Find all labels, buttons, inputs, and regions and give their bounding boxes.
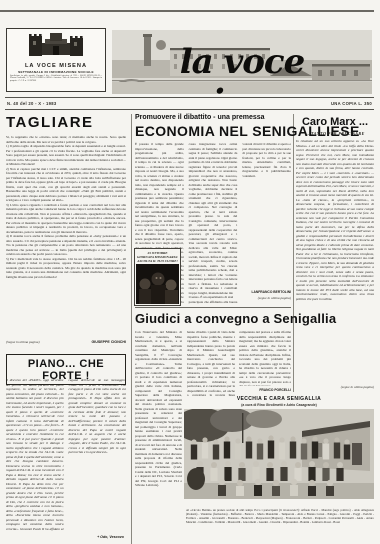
- logo-title: LA VOCE MISENA: [7, 63, 105, 69]
- tagliare-body: Sì, lo sappiamo che le «ricette» sono ta…: [6, 135, 126, 335]
- piano-signature: + Odo, Vescovo: [97, 535, 124, 539]
- caro-marx-body: In relazione ad un suo articolo apparso …: [296, 139, 374, 383]
- economia-kicker: Promuovere il dibattito - una premessa: [135, 114, 265, 121]
- economia-continuation: (segue in ultima pagina): [233, 296, 291, 300]
- issue-number: N. 40 del 20 - X - 1983: [7, 101, 57, 106]
- missionary-photo: [136, 264, 179, 304]
- photo-caption: Al «Circolo Bettini» un pranzo sociale d…: [186, 509, 374, 525]
- giudici-top-rule: [135, 307, 291, 308]
- logo-smallprint: Spedizione in abb. postale Gruppo I bis …: [7, 74, 105, 84]
- top-rule: [0, 10, 374, 12]
- masthead-title: la voce misena: [112, 42, 372, 94]
- caro-marx-subhead: ... TANTO PER PRECISARE: [296, 131, 374, 136]
- group-photo: [184, 409, 374, 499]
- article-caro-marx: Caro Marx ... ... TANTO PER PRECISARE In…: [296, 114, 374, 394]
- giudici-column-1: Con l'intervento del Ministro di Grazia …: [135, 330, 182, 544]
- tagliare-headline: TAGLIARE: [6, 114, 94, 131]
- rocca-fortress-image: [25, 31, 87, 57]
- giudici-column-2: hanno ribadito i punti di vista delle ri…: [187, 330, 235, 396]
- masthead: la voce misena: [112, 30, 372, 94]
- photo-heading: VECCHIA E CARA SENIGALLIA: [184, 396, 374, 402]
- tagliare-signature-row: (Segue in ultima pagina) GIUSEPPE CIONCH…: [6, 340, 126, 344]
- issue-price: UNA COPIA L. 350: [331, 101, 372, 106]
- issue-line: N. 40 del 20 - X - 1983 UNA COPIA L. 350: [5, 97, 374, 110]
- missionary-day-box: 23 OTTOBRE GIORNATA MISSIONARIA: ASCOLTA…: [134, 248, 181, 306]
- logo-subtitle: SETTIMANALE DI INFORMAZIONE SOCIALE: [7, 70, 105, 74]
- logo-box: LA VOCE MISENA SETTIMANALE DI INFORMAZIO…: [6, 28, 106, 92]
- tagliare-continuation: (Segue in ultima pagina): [6, 340, 40, 344]
- missionary-caption-line3: ASCOLTA IL TUO CUORE!: [135, 257, 180, 263]
- caro-marx-headline: Caro Marx ...: [296, 116, 374, 128]
- divider-mid-right: [293, 114, 294, 392]
- tagliare-signature: GIUSEPPE CIONCHI: [91, 340, 126, 344]
- giudici-column-3: competenza del pretore e sulla riforma d…: [239, 330, 291, 386]
- photo-subheading: (a cura di Rino Girolimetti e Adrio Casa…: [184, 403, 374, 407]
- divider-left-mid: [131, 114, 132, 544]
- economia-signature: LANFRANCO BERTOLINI: [233, 290, 291, 294]
- newspaper-front-page: LA VOCE MISENA SETTIMANALE DI INFORMAZIO…: [0, 0, 380, 544]
- vecchia-senigallia-section: VECCHIA E CARA SENIGALLIA (a cura di Rin…: [184, 396, 374, 504]
- giudici-signature: FRANCO PORCELLI: [239, 388, 291, 392]
- article-tagliare: TAGLIARE Sì, lo sappiamo che le «ricette…: [6, 114, 126, 544]
- piano-body: Il discorso del «PIANO» oggi all'ordine …: [6, 378, 126, 534]
- caro-marx-continuation: (segue in ultima pagina): [341, 385, 374, 389]
